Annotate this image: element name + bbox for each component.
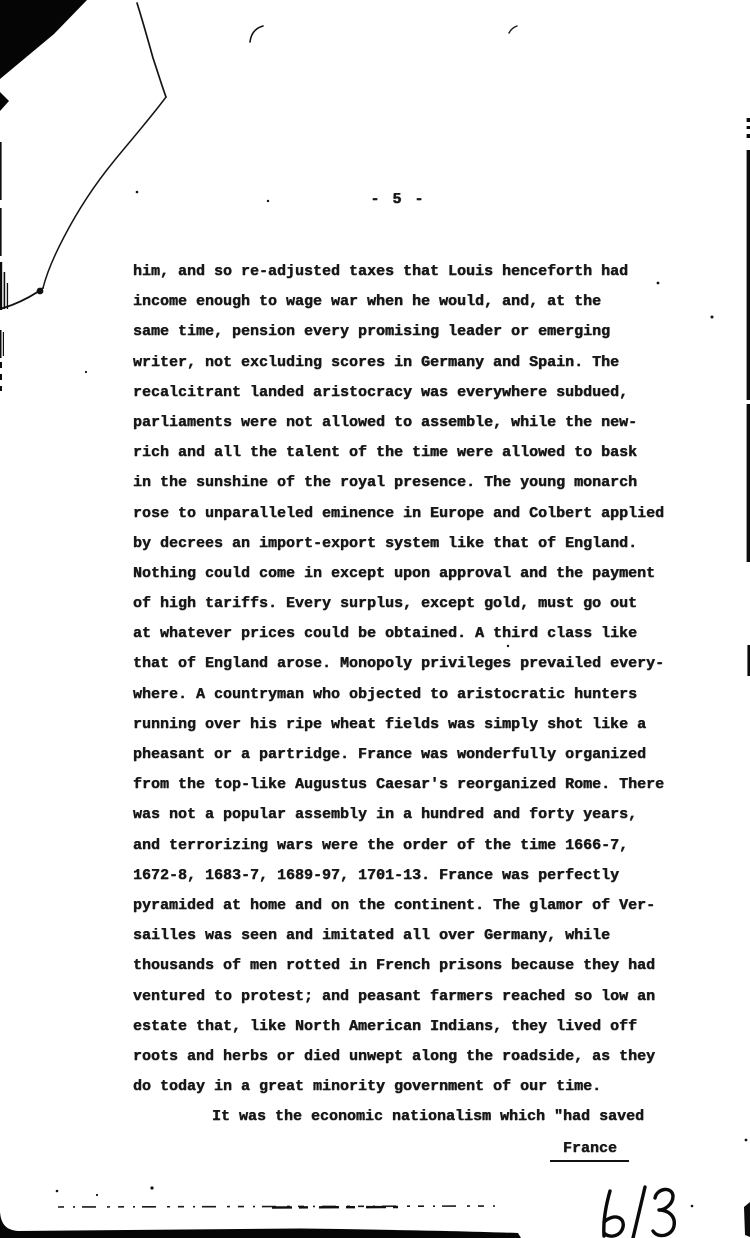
- text-line: from the top-like Augustus Caesar's reor…: [133, 770, 693, 800]
- text-line: in the sunshine of the royal presence. T…: [133, 468, 693, 498]
- page-number: - 5 -: [133, 191, 663, 208]
- scanned-document-page: - 5 - him, and so re-adjusted taxes that…: [0, 0, 750, 1238]
- text-line: rich and all the talent of the time were…: [133, 438, 693, 468]
- text-line: by decrees an import-export system like …: [133, 529, 693, 559]
- right-edge-marks: [744, 118, 750, 1237]
- text-line: was not a popular assembly in a hundred …: [133, 800, 693, 830]
- text-line: that of England arose. Monopoly privileg…: [133, 649, 693, 679]
- text-line: recalcitrant landed aristocracy was ever…: [133, 378, 693, 408]
- text-line: of high tariffs. Every surplus, except g…: [133, 589, 693, 619]
- text-line: same time, pension every promising leade…: [133, 317, 693, 347]
- typewritten-text-block: him, and so re-adjusted taxes that Louis…: [133, 257, 693, 1132]
- text-line: income enough to wage war when he would,…: [133, 287, 693, 317]
- left-edge-marks: [0, 142, 8, 391]
- text-line: 1672-8, 1683-7, 1689-97, 1701-13. France…: [133, 861, 693, 891]
- closing-line: It was the economic nationalism which "h…: [133, 1102, 693, 1132]
- text-line: thousands of men rotted in French prison…: [133, 951, 693, 981]
- text-line: pyramided at home and on the continent. …: [133, 891, 693, 921]
- text-line: writer, not excluding scores in Germany …: [133, 348, 693, 378]
- text-line: rose to unparalleled eminence in Europe …: [133, 499, 693, 529]
- text-line: pheasant or a partridge. France was wond…: [133, 740, 693, 770]
- text-line: him, and so re-adjusted taxes that Louis…: [133, 257, 693, 287]
- text-line: where. A countryman who objected to aris…: [133, 680, 693, 710]
- continuation-word: France: [550, 1140, 629, 1162]
- text-line: Nothing could come in except upon approv…: [133, 559, 693, 589]
- text-line: do today in a great minority government …: [133, 1072, 693, 1102]
- text-line: sailles was seen and imitated all over G…: [133, 921, 693, 951]
- torn-corner-shadow: [0, 0, 87, 111]
- text-line: running over his ripe wheat fields was s…: [133, 710, 693, 740]
- text-line: and terrorizing wars were the order of t…: [133, 831, 693, 861]
- text-line: roots and herbs or died unwept along the…: [133, 1042, 693, 1072]
- text-line: parliaments were not allowed to assemble…: [133, 408, 693, 438]
- bottom-edge-shadow: [0, 1206, 521, 1238]
- handwritten-number: [604, 1187, 675, 1238]
- text-line: at whatever prices could be obtained. A …: [133, 619, 693, 649]
- text-line: estate that, like North American Indians…: [133, 1012, 693, 1042]
- text-line: ventured to protest; and peasant farmers…: [133, 982, 693, 1012]
- typewritten-lines: him, and so re-adjusted taxes that Louis…: [133, 257, 693, 1102]
